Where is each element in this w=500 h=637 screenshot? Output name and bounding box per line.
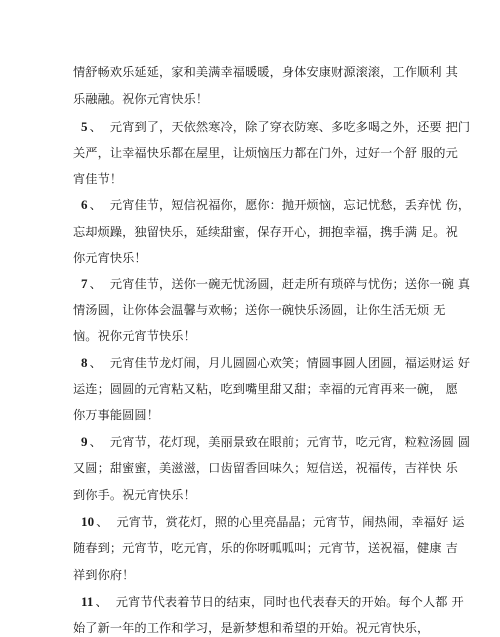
paragraph-line: 运连；圆圆的元宵粘又粘，吃到嘴里甜又甜；幸福的元宵再来一碗， 愿: [73, 381, 458, 397]
item-separator: 、: [90, 435, 102, 449]
paragraph-line: 情舒畅欢乐延延，家和美满幸福暖暖，身体安康财源滚滚，工作顺利 其: [73, 64, 458, 80]
paragraph-line: 祥到你府！: [73, 567, 134, 583]
item-number: 9: [81, 434, 88, 449]
list-item-10-first-line: 10、元宵节，赏花灯，照的心里亮晶晶；元宵节，闹热闹，幸福好 运: [81, 514, 465, 530]
item-separator: 、: [90, 277, 102, 291]
item-number: 7: [81, 276, 88, 291]
paragraph-text: 元宵节，赏花灯，照的心里亮晶晶；元宵节，闹热闹，幸福好 运: [117, 515, 465, 529]
item-number: 8: [81, 355, 88, 370]
list-item-11-first-line: 11、元宵节代表着节日的结束，同时也代表春天的开始。每个人都 开: [81, 594, 464, 610]
paragraph-text: 元宵节代表着节日的结束，同时也代表春天的开始。每个人都 开: [116, 595, 464, 609]
list-item-6-first-line: 6、元宵佳节，短信祝福你，愿你：抛开烦恼，忘记忧愁，丢弃忧 伤，: [81, 197, 470, 213]
list-item-8-first-line: 8、元宵佳节龙灯闹，月儿圆圆心欢笑；情圆事圆人团圆，福运财运 好: [81, 355, 470, 371]
item-separator: 、: [90, 120, 102, 134]
paragraph-text: 元宵佳节龙灯闹，月儿圆圆心欢笑；情圆事圆人团圆，福运财运 好: [110, 356, 470, 370]
paragraph-line: 你元宵快乐！: [73, 250, 147, 266]
item-number: 10: [81, 514, 94, 529]
paragraph-text: 元宵到了，天依然寒冷，除了穿衣防寒、多吃多喝之外，还要 把门: [110, 120, 470, 134]
list-item-5-first-line: 5、元宵到了，天依然寒冷，除了穿衣防寒、多吃多喝之外，还要 把门: [81, 119, 470, 135]
document-page: 情舒畅欢乐延延，家和美满幸福暖暖，身体安康财源滚滚，工作顺利 其 乐融融。祝你元…: [0, 0, 500, 637]
paragraph-text: 元宵佳节，送你一碗无忧汤圆，赶走所有琐碎与忧伤；送你一碗 真: [110, 277, 470, 291]
list-item-7-first-line: 7、元宵佳节，送你一碗无忧汤圆，赶走所有琐碎与忧伤；送你一碗 真: [81, 276, 470, 292]
paragraph-line: 到你手。祝元宵快乐！: [73, 487, 196, 503]
item-separator: 、: [90, 198, 102, 212]
paragraph-text: 元宵佳节，短信祝福你，愿你：抛开烦恼，忘记忧愁，丢弃忧 伤，: [110, 198, 470, 212]
paragraph-line: 情汤圆，让你体会温馨与欢畅；送你一碗快乐汤圆，让你生活无烦 无: [73, 302, 446, 318]
item-separator: 、: [96, 515, 108, 529]
paragraph-line: 又圆；甜蜜蜜，美滋滋，口齿留香回味久；短信送，祝福传，吉祥快 乐: [73, 460, 458, 476]
paragraph-line: 你万事能圆圆！: [73, 407, 159, 423]
paragraph-text: 元宵节，花灯现，美丽景致在眼前；元宵节，吃元宵，粒粒汤圆 圆: [110, 435, 470, 449]
paragraph-line: 随春到；元宵节，吃元宵，乐的你呀呱呱叫；元宵节，送祝福，健康 吉: [73, 540, 458, 556]
paragraph-line: 恼。祝你元宵节快乐！: [73, 328, 196, 344]
item-number: 11: [81, 594, 93, 609]
paragraph-line: 关严，让幸福快乐都在屋里，让烦恼压力都在门外，过好一个舒 服的元: [73, 145, 458, 161]
item-separator: 、: [90, 356, 102, 370]
list-item-9-first-line: 9、元宵节，花灯现，美丽景致在眼前；元宵节，吃元宵，粒粒汤圆 圆: [81, 434, 470, 450]
paragraph-line: 宵佳节！: [73, 171, 122, 187]
paragraph-line: 忘却烦躁，独留快乐，延续甜蜜，保存开心，拥抱幸福，携手满 足。祝: [73, 224, 458, 240]
item-separator: 、: [95, 595, 107, 609]
paragraph-line: 乐融融。祝你元宵快乐！: [73, 91, 208, 107]
item-number: 5: [81, 119, 88, 134]
item-number: 6: [81, 197, 88, 212]
paragraph-line: 始了新一年的工作和学习，是新梦想和希望的开始。祝元宵快乐，: [73, 620, 429, 636]
